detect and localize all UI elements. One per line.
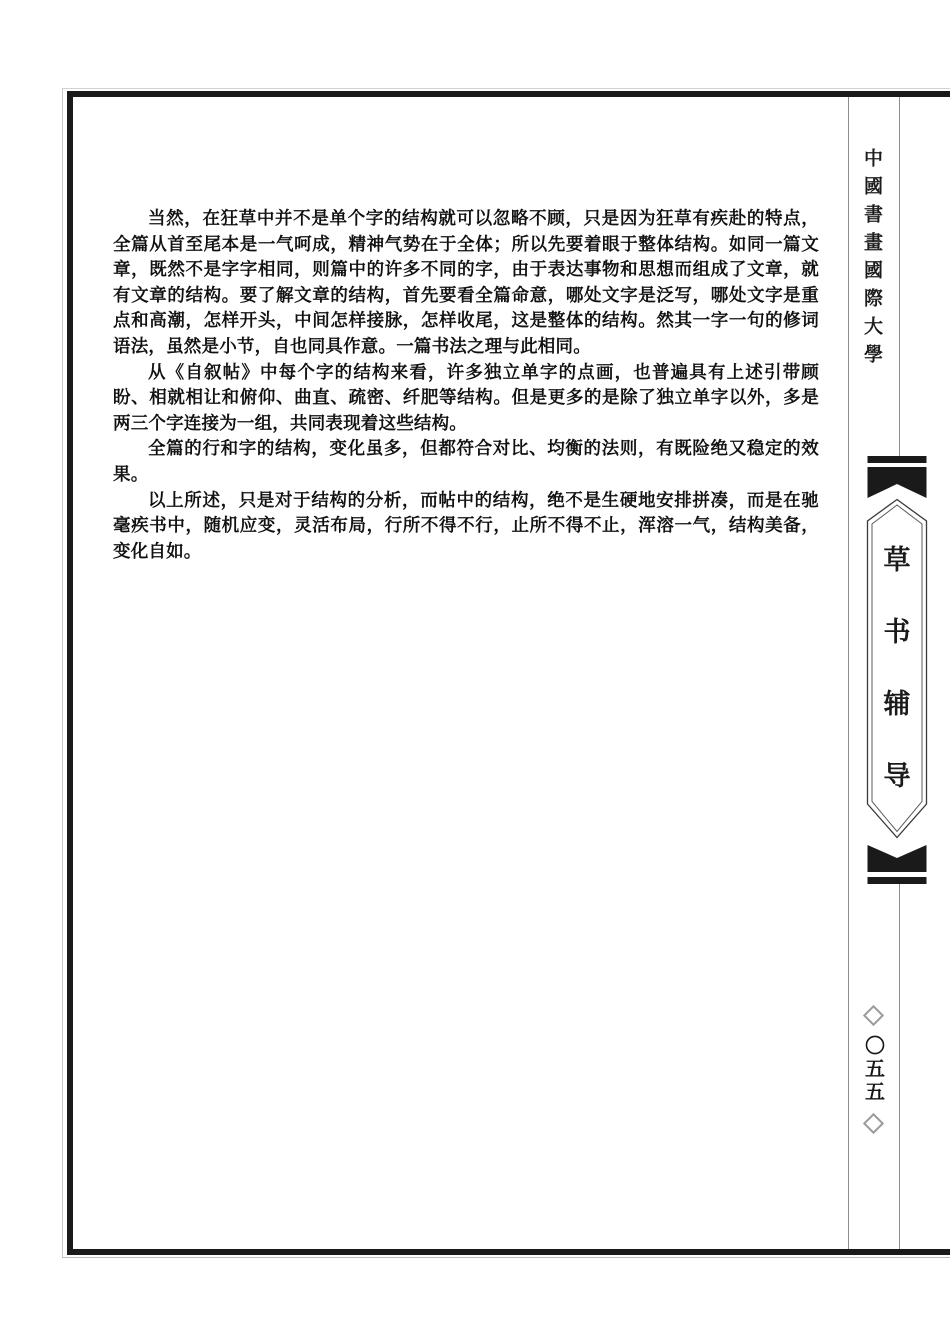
banner-char-3: 辅 — [884, 691, 911, 718]
diamond-ornament-icon — [862, 1005, 883, 1026]
chapter-banner: 草 书 辅 导 — [865, 456, 929, 884]
diamond-ornament-icon — [862, 1113, 883, 1134]
banner-title: 草 书 辅 导 — [865, 499, 929, 838]
page-number-block: 〇五五 — [859, 1002, 887, 1137]
banner-char-4: 导 — [884, 763, 911, 790]
page-number: 〇五五 — [859, 1035, 888, 1104]
paragraph-2: 从《自叙帖》中每个字的结构来看，许多独立单字的点画，也普遍具有上述引带顾盼、相就… — [113, 360, 819, 437]
banner-char-1: 草 — [884, 547, 911, 574]
body-text: 当然，在狂草中并不是单个字的结构就可以忽略不顾，只是因为狂草有疾赴的特点，全篇从… — [113, 206, 819, 564]
frame-bottom-border — [67, 1249, 950, 1255]
paragraph-3: 全篇的行和字的结构，变化虽多，但都符合对比、均衡的法则，有既险绝又稳定的效果。 — [113, 436, 819, 487]
paragraph-1: 当然，在狂草中并不是单个字的结构就可以忽略不顾，只是因为狂草有疾赴的特点，全篇从… — [113, 206, 819, 360]
banner-char-2: 书 — [884, 619, 911, 646]
sidebar-rule-inner — [848, 97, 849, 1249]
frame-top-border — [67, 91, 950, 97]
frame-left-border — [67, 91, 73, 1255]
publisher-vertical-title: 中國書畫國際大學 — [862, 148, 885, 378]
paragraph-4: 以上所述，只是对于结构的分析，而帖中的结构，绝不是生硬地安排拼凑，而是在驰毫疾书… — [113, 488, 819, 565]
frame-shadow-left — [62, 88, 63, 1258]
frame-shadow-top — [62, 88, 950, 89]
frame-shadow-bottom — [62, 1257, 950, 1258]
